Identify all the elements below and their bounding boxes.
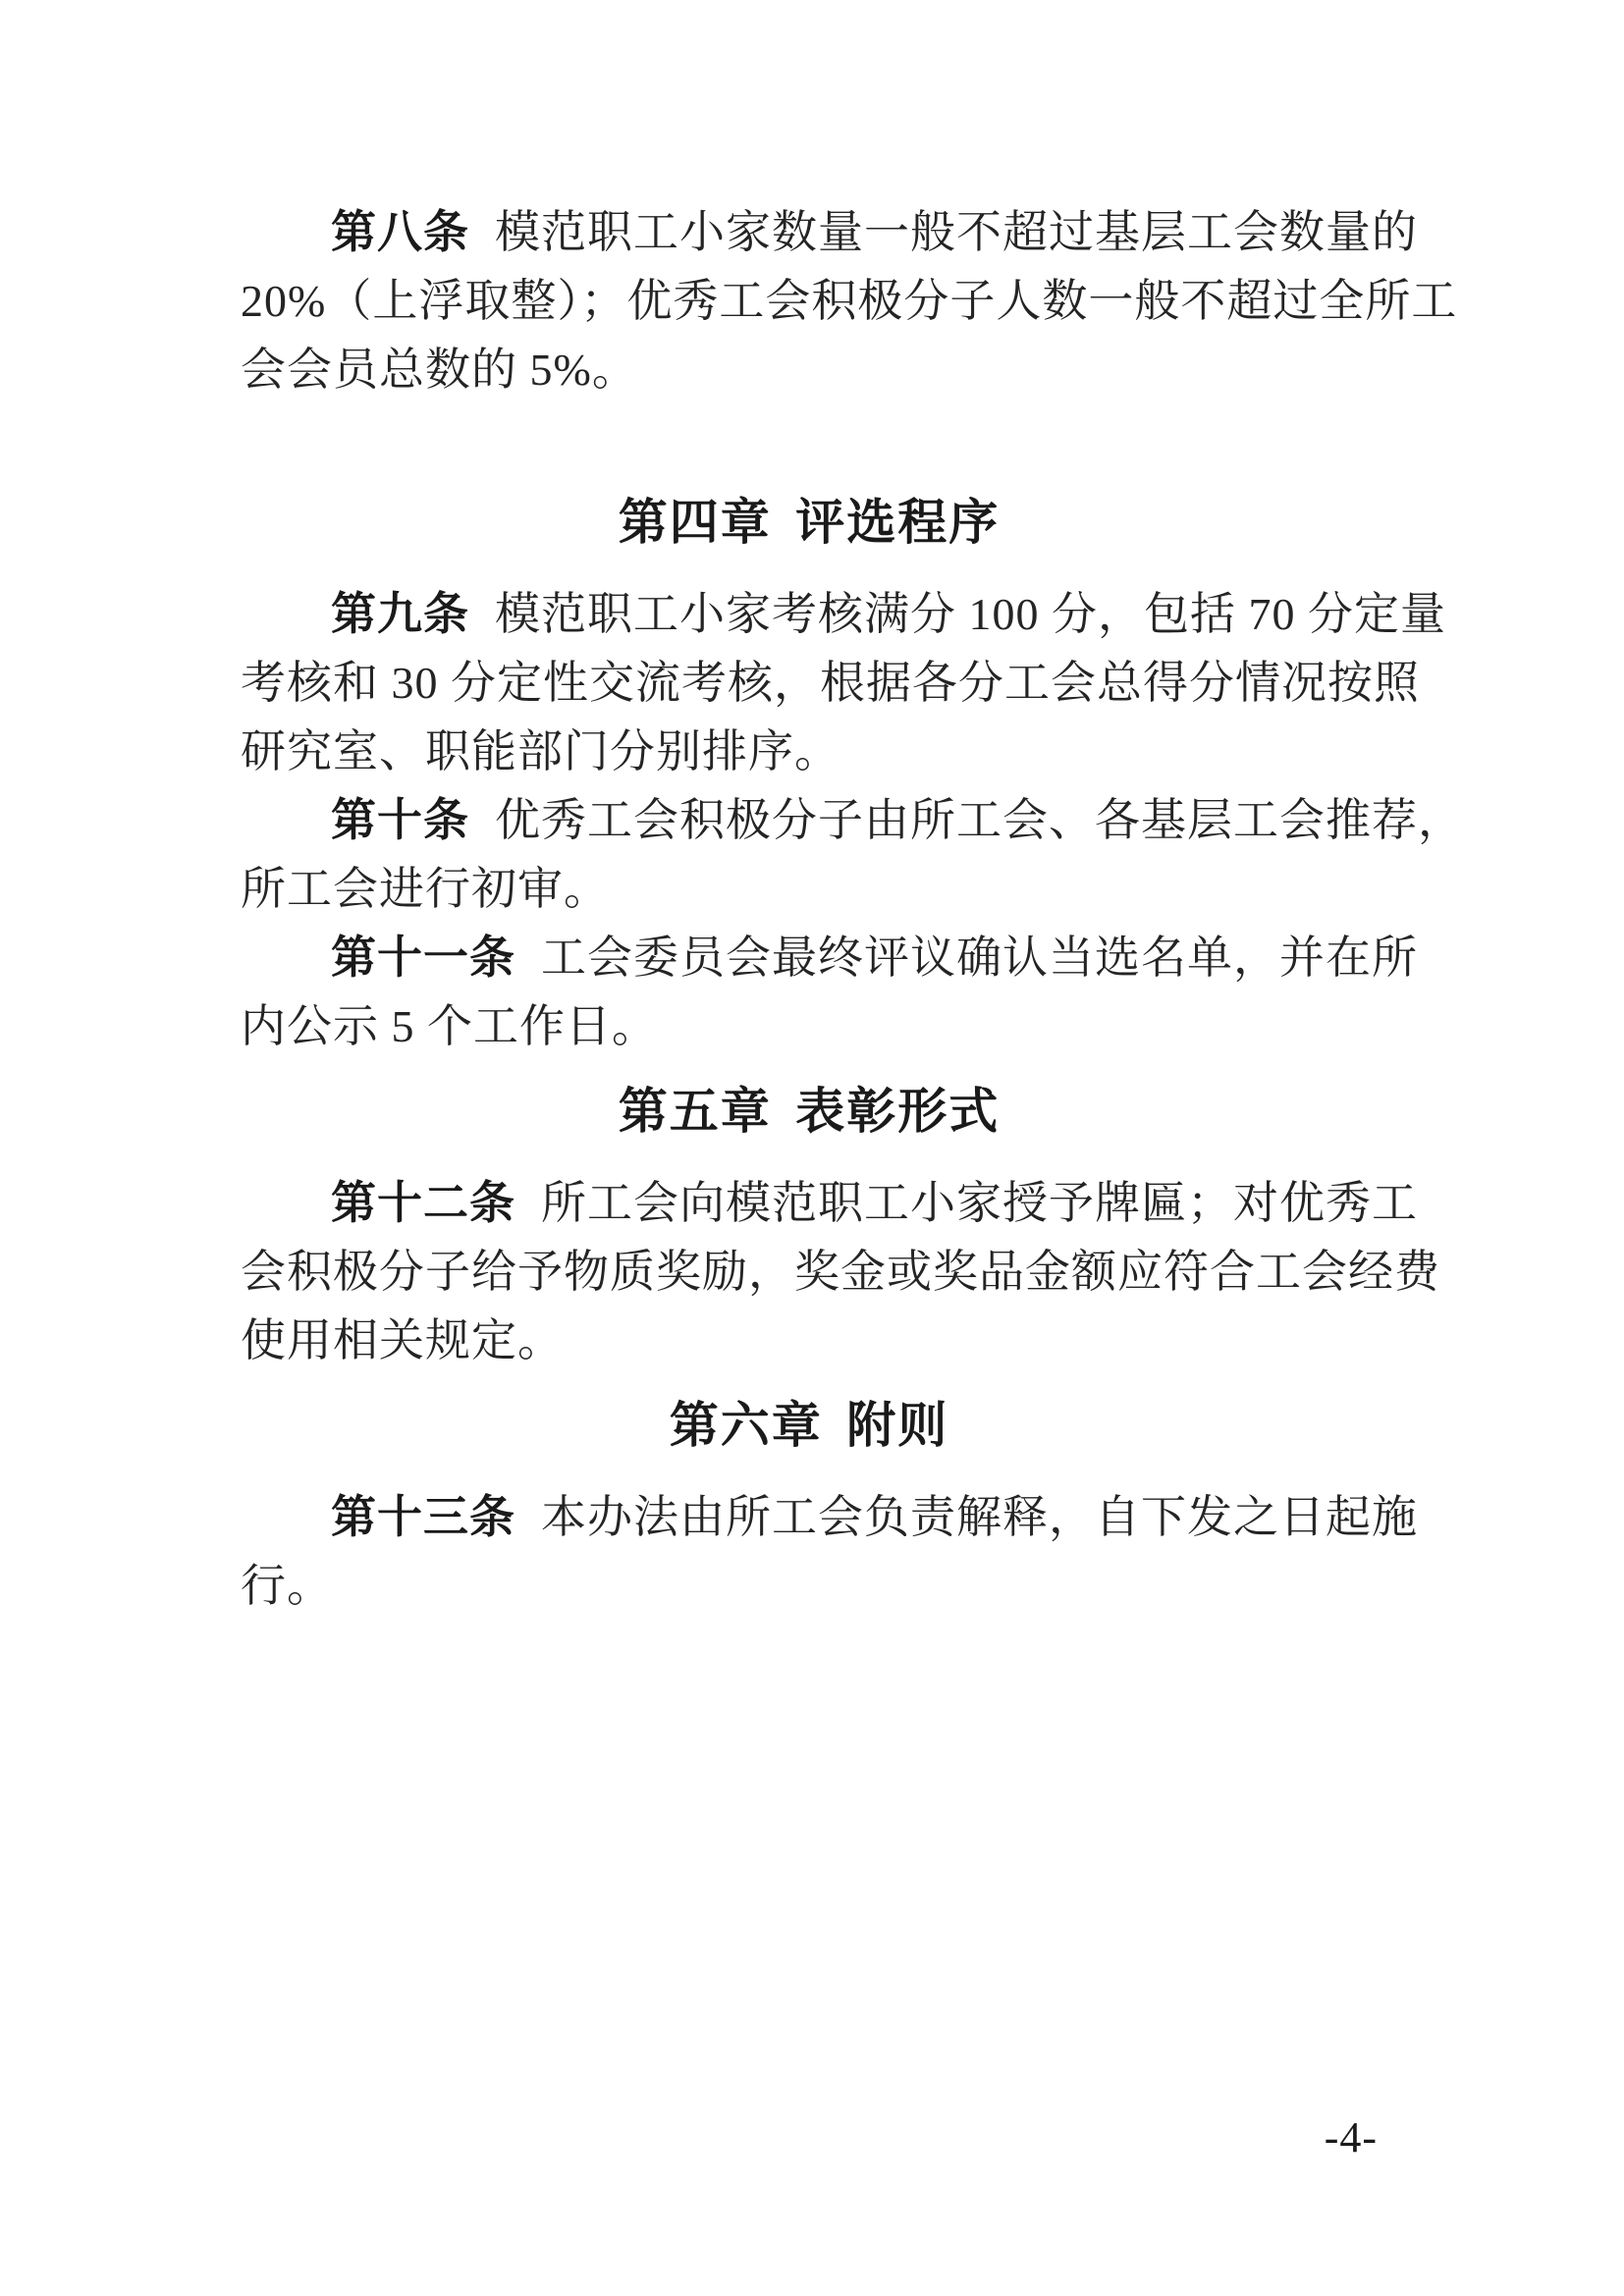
article-8-line-1: 模范职工小家数量一般不超过基层工会数量的 (495, 207, 1418, 257)
article-12-paragraph: 第十二条所工会向模范职工小家授予牌匾；对优秀工 会积极分子给予物质奖励，奖金或奖… (241, 1169, 1378, 1375)
article-8-line-3: 会会员总数的 5%。 (241, 336, 1378, 404)
article-9-line-2: 考核和 30 分定性交流考核，根据各分工会总得分情况按照 (241, 649, 1378, 718)
article-10-line-2: 所工会进行初审。 (241, 855, 1378, 924)
chapter-5-heading: 第五章 表彰形式 (241, 1077, 1378, 1146)
text-line: 第十二条所工会向模范职工小家授予牌匾；对优秀工 (241, 1169, 1378, 1238)
article-13-line-2: 行。 (241, 1552, 1378, 1621)
article-12-lead: 第十二条 (331, 1178, 515, 1228)
article-13-paragraph: 第十三条本办法由所工会负责解释，自下发之日起施 行。 (241, 1483, 1378, 1621)
article-13-line-1: 本办法由所工会负责解释，自下发之日起施 (541, 1492, 1418, 1542)
text-line: 第十三条本办法由所工会负责解释，自下发之日起施 (241, 1483, 1378, 1552)
chapter-4-heading: 第四章 评选程序 (241, 488, 1378, 557)
article-10-paragraph: 第十条优秀工会积极分子由所工会、各基层工会推荐， 所工会进行初审。 (241, 786, 1378, 924)
article-11-line-1: 工会委员会最终评议确认当选名单，并在所 (541, 933, 1418, 983)
article-9-paragraph: 第九条模范职工小家考核满分 100 分，包括 70 分定量 考核和 30 分定性… (241, 580, 1378, 786)
article-8-line-2: 20%（上浮取整）；优秀工会积极分子人数一般不超过全所工 (241, 267, 1378, 336)
document-body: 第八条模范职工小家数量一般不超过基层工会数量的 20%（上浮取整）；优秀工会积极… (0, 0, 1624, 1621)
article-8-lead: 第八条 (331, 207, 469, 257)
text-line: 第八条模范职工小家数量一般不超过基层工会数量的 (241, 198, 1378, 267)
article-12-line-1: 所工会向模范职工小家授予牌匾；对优秀工 (541, 1178, 1418, 1228)
article-12-line-3: 使用相关规定。 (241, 1307, 1378, 1375)
page-number: -4- (1325, 2112, 1378, 2163)
article-9-line-1: 模范职工小家考核满分 100 分，包括 70 分定量 (495, 589, 1446, 639)
article-9-line-3: 研究室、职能部门分别排序。 (241, 718, 1378, 786)
article-11-lead: 第十一条 (331, 933, 515, 983)
chapter-6-heading: 第六章 附则 (241, 1391, 1378, 1460)
article-9-lead: 第九条 (331, 589, 469, 639)
text-line: 第十一条工会委员会最终评议确认当选名单，并在所 (241, 924, 1378, 992)
article-10-line-1: 优秀工会积极分子由所工会、各基层工会推荐， (495, 795, 1464, 845)
article-10-lead: 第十条 (331, 795, 469, 845)
text-line: 第九条模范职工小家考核满分 100 分，包括 70 分定量 (241, 580, 1378, 649)
article-8-paragraph: 第八条模范职工小家数量一般不超过基层工会数量的 20%（上浮取整）；优秀工会积极… (241, 198, 1378, 404)
article-11-line-2: 内公示 5 个工作日。 (241, 992, 1378, 1061)
article-11-paragraph: 第十一条工会委员会最终评议确认当选名单，并在所 内公示 5 个工作日。 (241, 924, 1378, 1061)
article-12-line-2: 会积极分子给予物质奖励，奖金或奖品金额应符合工会经费 (241, 1238, 1378, 1307)
document-page: 第八条模范职工小家数量一般不超过基层工会数量的 20%（上浮取整）；优秀工会积极… (0, 0, 1624, 2296)
article-13-lead: 第十三条 (331, 1492, 515, 1542)
text-line: 第十条优秀工会积极分子由所工会、各基层工会推荐， (241, 786, 1378, 855)
